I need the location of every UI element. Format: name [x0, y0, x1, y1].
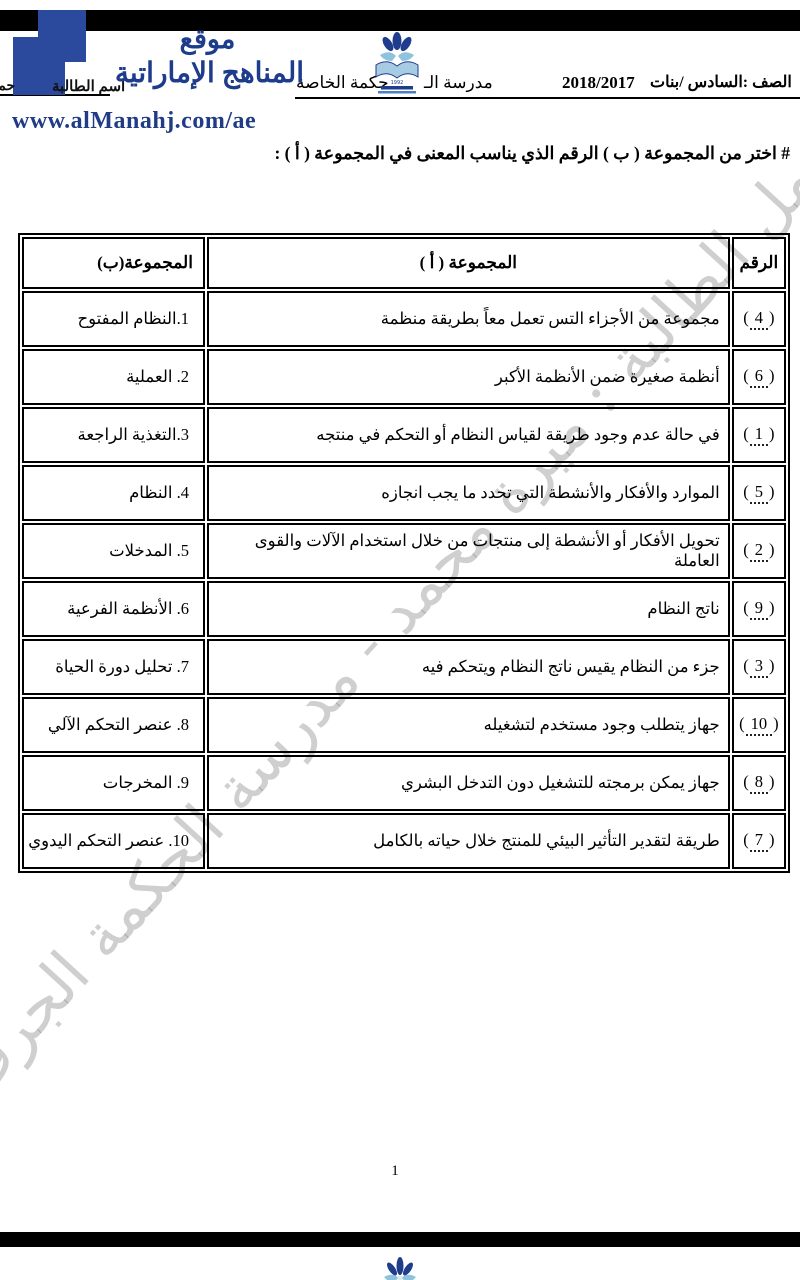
table-row: (1) في حالة عدم وجود طريقة لقياس النظام … — [22, 407, 786, 463]
answer-cell: (9) — [732, 581, 786, 637]
group-b-cell: 3.التغذية الراجعة — [22, 407, 205, 463]
answer-cell: (6) — [732, 349, 786, 405]
top-rule-bar — [0, 10, 800, 31]
group-a-cell: أنظمة صغيرة ضمن الأنظمة الأكبر — [207, 349, 730, 405]
answer-number: 1 — [750, 424, 768, 446]
group-b-cell: 2. العملية — [22, 349, 205, 405]
answer-cell: (4) — [732, 291, 786, 347]
group-b-cell: 5. المدخلات — [22, 523, 205, 579]
group-a-cell: جهاز يمكن برمجته للتشغيل دون التدخل البش… — [207, 755, 730, 811]
answer-cell: (2) — [732, 523, 786, 579]
group-b-cell: 9. المخرجات — [22, 755, 205, 811]
group-b-cell: 1.النظام المفتوح — [22, 291, 205, 347]
table-row: (4) مجموعة من الأجزاء التس تعمل معاً بطر… — [22, 291, 786, 347]
group-a-cell: مجموعة من الأجزاء التس تعمل معاً بطريقة … — [207, 291, 730, 347]
almanahj-logo-block — [38, 10, 86, 62]
answer-number: 4 — [750, 308, 768, 330]
cut-text-fragment: حمد — [0, 78, 15, 95]
group-a-cell: ناتج النظام — [207, 581, 730, 637]
table-row: (3) جزء من النظام يقيس ناتج النظام ويتحك… — [22, 639, 786, 695]
school-logo-year-text: 1992 — [391, 80, 404, 86]
page-number: 1 — [0, 1163, 790, 1180]
answer-number: 8 — [750, 772, 768, 794]
almanahj-wordmark-line2: المناهج الإماراتية — [92, 56, 327, 90]
grade-label: الصف :السادس /بنات — [650, 72, 792, 92]
matching-table: الرقم المجموعة ( أ ) المجموعة(ب) (4) مجم… — [18, 233, 790, 873]
group-a-cell: جهاز يتطلب وجود مستخدم لتشغيله — [207, 697, 730, 753]
group-b-cell: 8. عنصر التحكم الآلي — [22, 697, 205, 753]
answer-cell: (5) — [732, 465, 786, 521]
header-group-b-column: المجموعة(ب) — [22, 237, 205, 289]
answer-cell: (1) — [732, 407, 786, 463]
table-row: (7) طريقة لتقدير التأثير البيئي للمنتج خ… — [22, 813, 786, 869]
school-logo-icon: 1992 — [372, 31, 422, 100]
table-header-row: الرقم المجموعة ( أ ) المجموعة(ب) — [22, 237, 786, 289]
academic-year: 2018/2017 — [562, 73, 635, 93]
group-b-cell: 10. عنصر التحكم اليدوي — [22, 813, 205, 869]
answer-cell: (10) — [732, 697, 786, 753]
worksheet-page: موقع المناهج الإماراتية حمد اسم الطالبة … — [0, 0, 800, 1280]
header-number-column: الرقم — [732, 237, 786, 289]
table-row: (2) تحويل الأفكار أو الأنشطة إلى منتجات … — [22, 523, 786, 579]
table-row: (5) الموارد والأفكار والأنشطة التي تحدد … — [22, 465, 786, 521]
bottom-rule-bar — [0, 1232, 800, 1247]
almanahj-logo-block — [13, 37, 39, 95]
answer-number: 6 — [750, 366, 768, 388]
table-row: (6) أنظمة صغيرة ضمن الأنظمة الأكبر 2. ال… — [22, 349, 786, 405]
header-group-a-column: المجموعة ( أ ) — [207, 237, 730, 289]
answer-number: 5 — [750, 482, 768, 504]
answer-number: 7 — [750, 830, 768, 852]
matching-table-container: الرقم المجموعة ( أ ) المجموعة(ب) (4) مجم… — [18, 233, 790, 873]
almanahj-wordmark-line1: موقع — [150, 24, 265, 55]
group-a-cell: جزء من النظام يقيس ناتج النظام ويتحكم في… — [207, 639, 730, 695]
group-a-cell: في حالة عدم وجود طريقة لقياس النظام أو ا… — [207, 407, 730, 463]
worksheet-title: # اختر من المجموعة ( ب ) الرقم الذي يناس… — [274, 143, 790, 164]
group-a-cell: تحويل الأفكار أو الأنشطة إلى منتجات من خ… — [207, 523, 730, 579]
group-b-cell: 7. تحليل دورة الحياة — [22, 639, 205, 695]
website-link: www.alManahj.com/ae — [12, 108, 256, 135]
answer-number: 9 — [750, 598, 768, 620]
school-name-part: مدرسة الـ — [424, 73, 493, 93]
header-rule-right — [295, 97, 800, 99]
group-a-cell: طريقة لتقدير التأثير البيئي للمنتج خلال … — [207, 813, 730, 869]
answer-number: 10 — [746, 714, 773, 736]
answer-cell: (3) — [732, 639, 786, 695]
table-row: (8) جهاز يمكن برمجته للتشغيل دون التدخل … — [22, 755, 786, 811]
group-b-cell: 6. الأنظمة الفرعية — [22, 581, 205, 637]
answer-cell: (8) — [732, 755, 786, 811]
group-b-cell: 4. النظام — [22, 465, 205, 521]
table-row: (10) جهاز يتطلب وجود مستخدم لتشغيله 8. ع… — [22, 697, 786, 753]
answer-number: 2 — [750, 540, 768, 562]
group-a-cell: الموارد والأفكار والأنشطة التي تحدد ما ي… — [207, 465, 730, 521]
answer-number: 3 — [750, 656, 768, 678]
school-logo-icon — [380, 1256, 420, 1280]
answer-cell: (7) — [732, 813, 786, 869]
table-row: (9) ناتج النظام 6. الأنظمة الفرعية — [22, 581, 786, 637]
